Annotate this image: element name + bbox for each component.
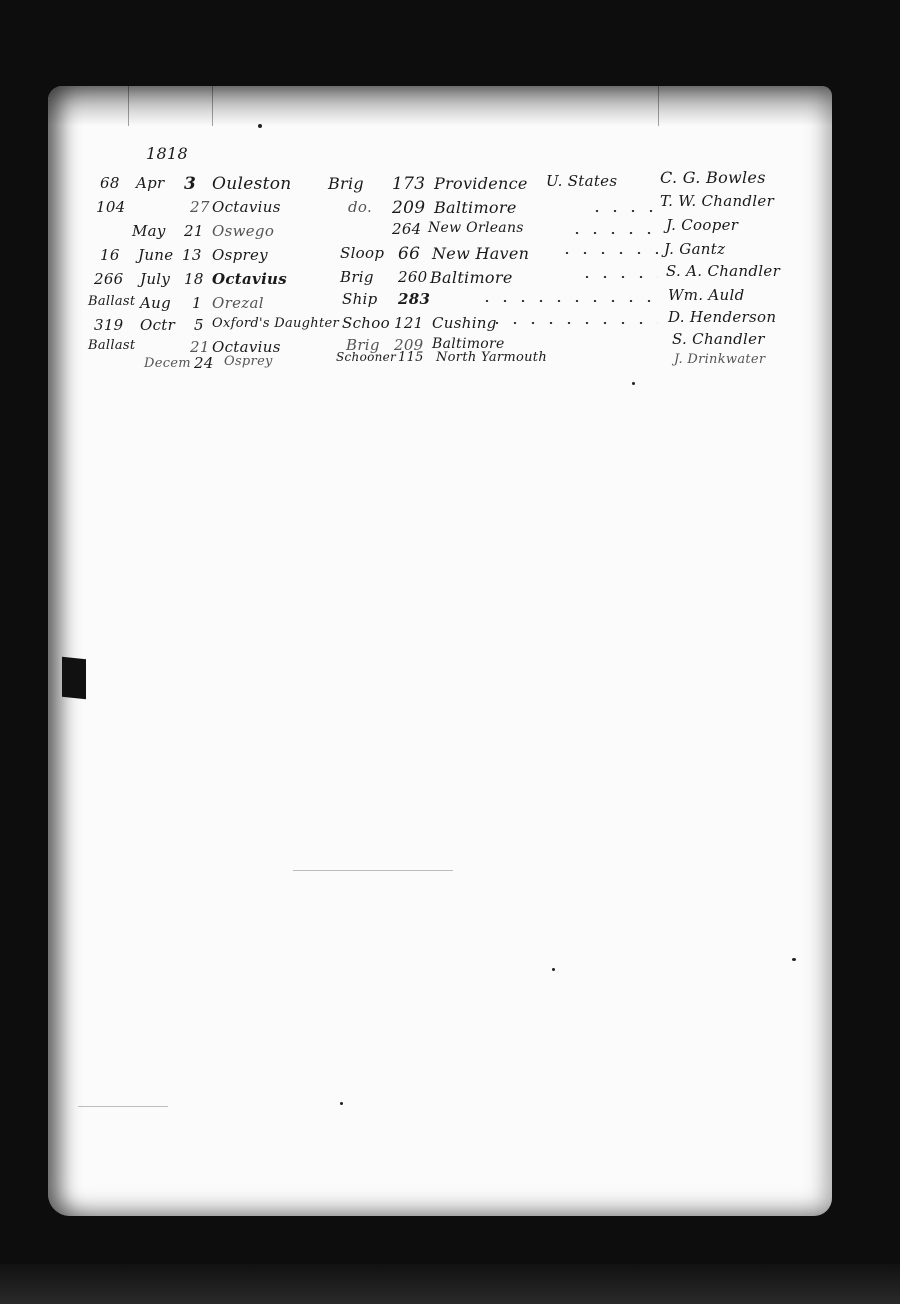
rig-cell: Sloop bbox=[340, 244, 384, 262]
binding-clip bbox=[62, 657, 86, 700]
tons-cell: 115 bbox=[398, 350, 424, 365]
port-cell: North Yarmouth bbox=[436, 350, 547, 365]
port-cell: New Haven bbox=[432, 244, 529, 263]
port-cell: Cushing bbox=[432, 314, 497, 332]
tons-cell: 173 bbox=[392, 174, 425, 194]
year-heading: 1818 bbox=[146, 144, 188, 163]
vessel-cell: Oswego bbox=[212, 222, 274, 240]
tonnage-cell: 68 bbox=[100, 174, 120, 192]
ditto-leader bbox=[478, 300, 658, 302]
master-cell: S. Chandler bbox=[672, 330, 765, 348]
ink-speck bbox=[792, 958, 796, 961]
master-cell: Wm. Auld bbox=[668, 286, 744, 304]
tons-cell: 264 bbox=[392, 220, 422, 238]
fold-mark bbox=[212, 86, 213, 126]
port-cell: Baltimore bbox=[434, 198, 517, 217]
rig-cell: Brig bbox=[328, 174, 364, 193]
day-cell: 3 bbox=[184, 174, 196, 194]
day-cell: 18 bbox=[184, 270, 204, 288]
ditto-leader bbox=[558, 252, 658, 254]
vessel-cell: Octavius bbox=[212, 198, 281, 216]
scan-border bbox=[0, 1264, 900, 1304]
master-cell: T. W. Chandler bbox=[660, 192, 774, 210]
month-cell: July bbox=[140, 270, 170, 288]
master-cell: S. A. Chandler bbox=[666, 262, 780, 280]
tons-cell: 209 bbox=[392, 198, 425, 218]
ledger-page: 1818 68 Apr 3 Ouleston Brig 173 Providen… bbox=[48, 86, 832, 1216]
tons-cell: 121 bbox=[394, 314, 424, 332]
ink-speck bbox=[632, 382, 635, 385]
ditto-leader bbox=[568, 232, 658, 234]
master-cell: J. Drinkwater bbox=[674, 352, 765, 367]
ditto-leader bbox=[488, 322, 658, 324]
master-cell: J. Cooper bbox=[666, 216, 738, 234]
ink-speck bbox=[552, 968, 555, 971]
master-cell: C. G. Bowles bbox=[660, 168, 766, 187]
ditto-leader bbox=[578, 276, 658, 278]
tons-cell: 66 bbox=[398, 244, 420, 264]
fold-mark bbox=[658, 86, 659, 126]
month-cell: Aug bbox=[140, 294, 171, 312]
rig-cell: Schoo bbox=[342, 314, 390, 332]
rig-cell: Brig bbox=[340, 268, 374, 286]
month-cell: May bbox=[132, 222, 166, 240]
day-cell: 13 bbox=[182, 246, 202, 264]
vessel-cell: Ouleston bbox=[212, 174, 292, 194]
rig-cell: do. bbox=[348, 198, 372, 216]
ink-speck bbox=[258, 124, 262, 128]
ink-speck bbox=[340, 1102, 343, 1105]
day-cell: 1 bbox=[192, 294, 202, 312]
tonnage-cell: Ballast bbox=[88, 338, 135, 353]
destination-cell: U. States bbox=[546, 172, 617, 190]
tons-cell: 283 bbox=[398, 290, 430, 308]
ditto-leader bbox=[588, 210, 658, 212]
vessel-cell: Orezal bbox=[212, 294, 264, 312]
master-cell: J. Gantz bbox=[664, 240, 725, 258]
month-cell: Octr bbox=[140, 316, 175, 334]
fold-mark bbox=[128, 86, 129, 126]
day-cell: 27 bbox=[190, 198, 210, 216]
rig-cell: Schooner bbox=[336, 350, 396, 364]
tonnage-cell: 104 bbox=[96, 198, 126, 216]
tonnage-cell: Ballast bbox=[88, 294, 135, 309]
master-cell: D. Henderson bbox=[668, 308, 776, 326]
faint-rule bbox=[293, 870, 453, 871]
tonnage-cell: 319 bbox=[94, 316, 124, 334]
rig-cell: Ship bbox=[342, 290, 378, 308]
port-cell: New Orleans bbox=[428, 220, 524, 236]
month-cell: June bbox=[138, 246, 173, 264]
day-cell: 5 bbox=[194, 316, 204, 334]
vessel-cell: Osprey bbox=[224, 354, 273, 369]
tonnage-cell: 16 bbox=[100, 246, 120, 264]
faint-rule bbox=[78, 1106, 168, 1107]
day-cell: 21 bbox=[184, 222, 204, 240]
tonnage-cell: 266 bbox=[94, 270, 124, 288]
vessel-cell: Oxford's Daughter bbox=[212, 316, 339, 331]
month-cell: Apr bbox=[136, 174, 165, 192]
month-cell: Decem bbox=[144, 356, 191, 371]
port-cell: Baltimore bbox=[430, 268, 513, 287]
vessel-cell: Osprey bbox=[212, 246, 268, 264]
day-cell: 24 bbox=[194, 354, 214, 372]
vessel-cell: Octavius bbox=[212, 270, 287, 288]
tons-cell: 260 bbox=[398, 268, 428, 286]
port-cell: Providence bbox=[434, 174, 528, 193]
